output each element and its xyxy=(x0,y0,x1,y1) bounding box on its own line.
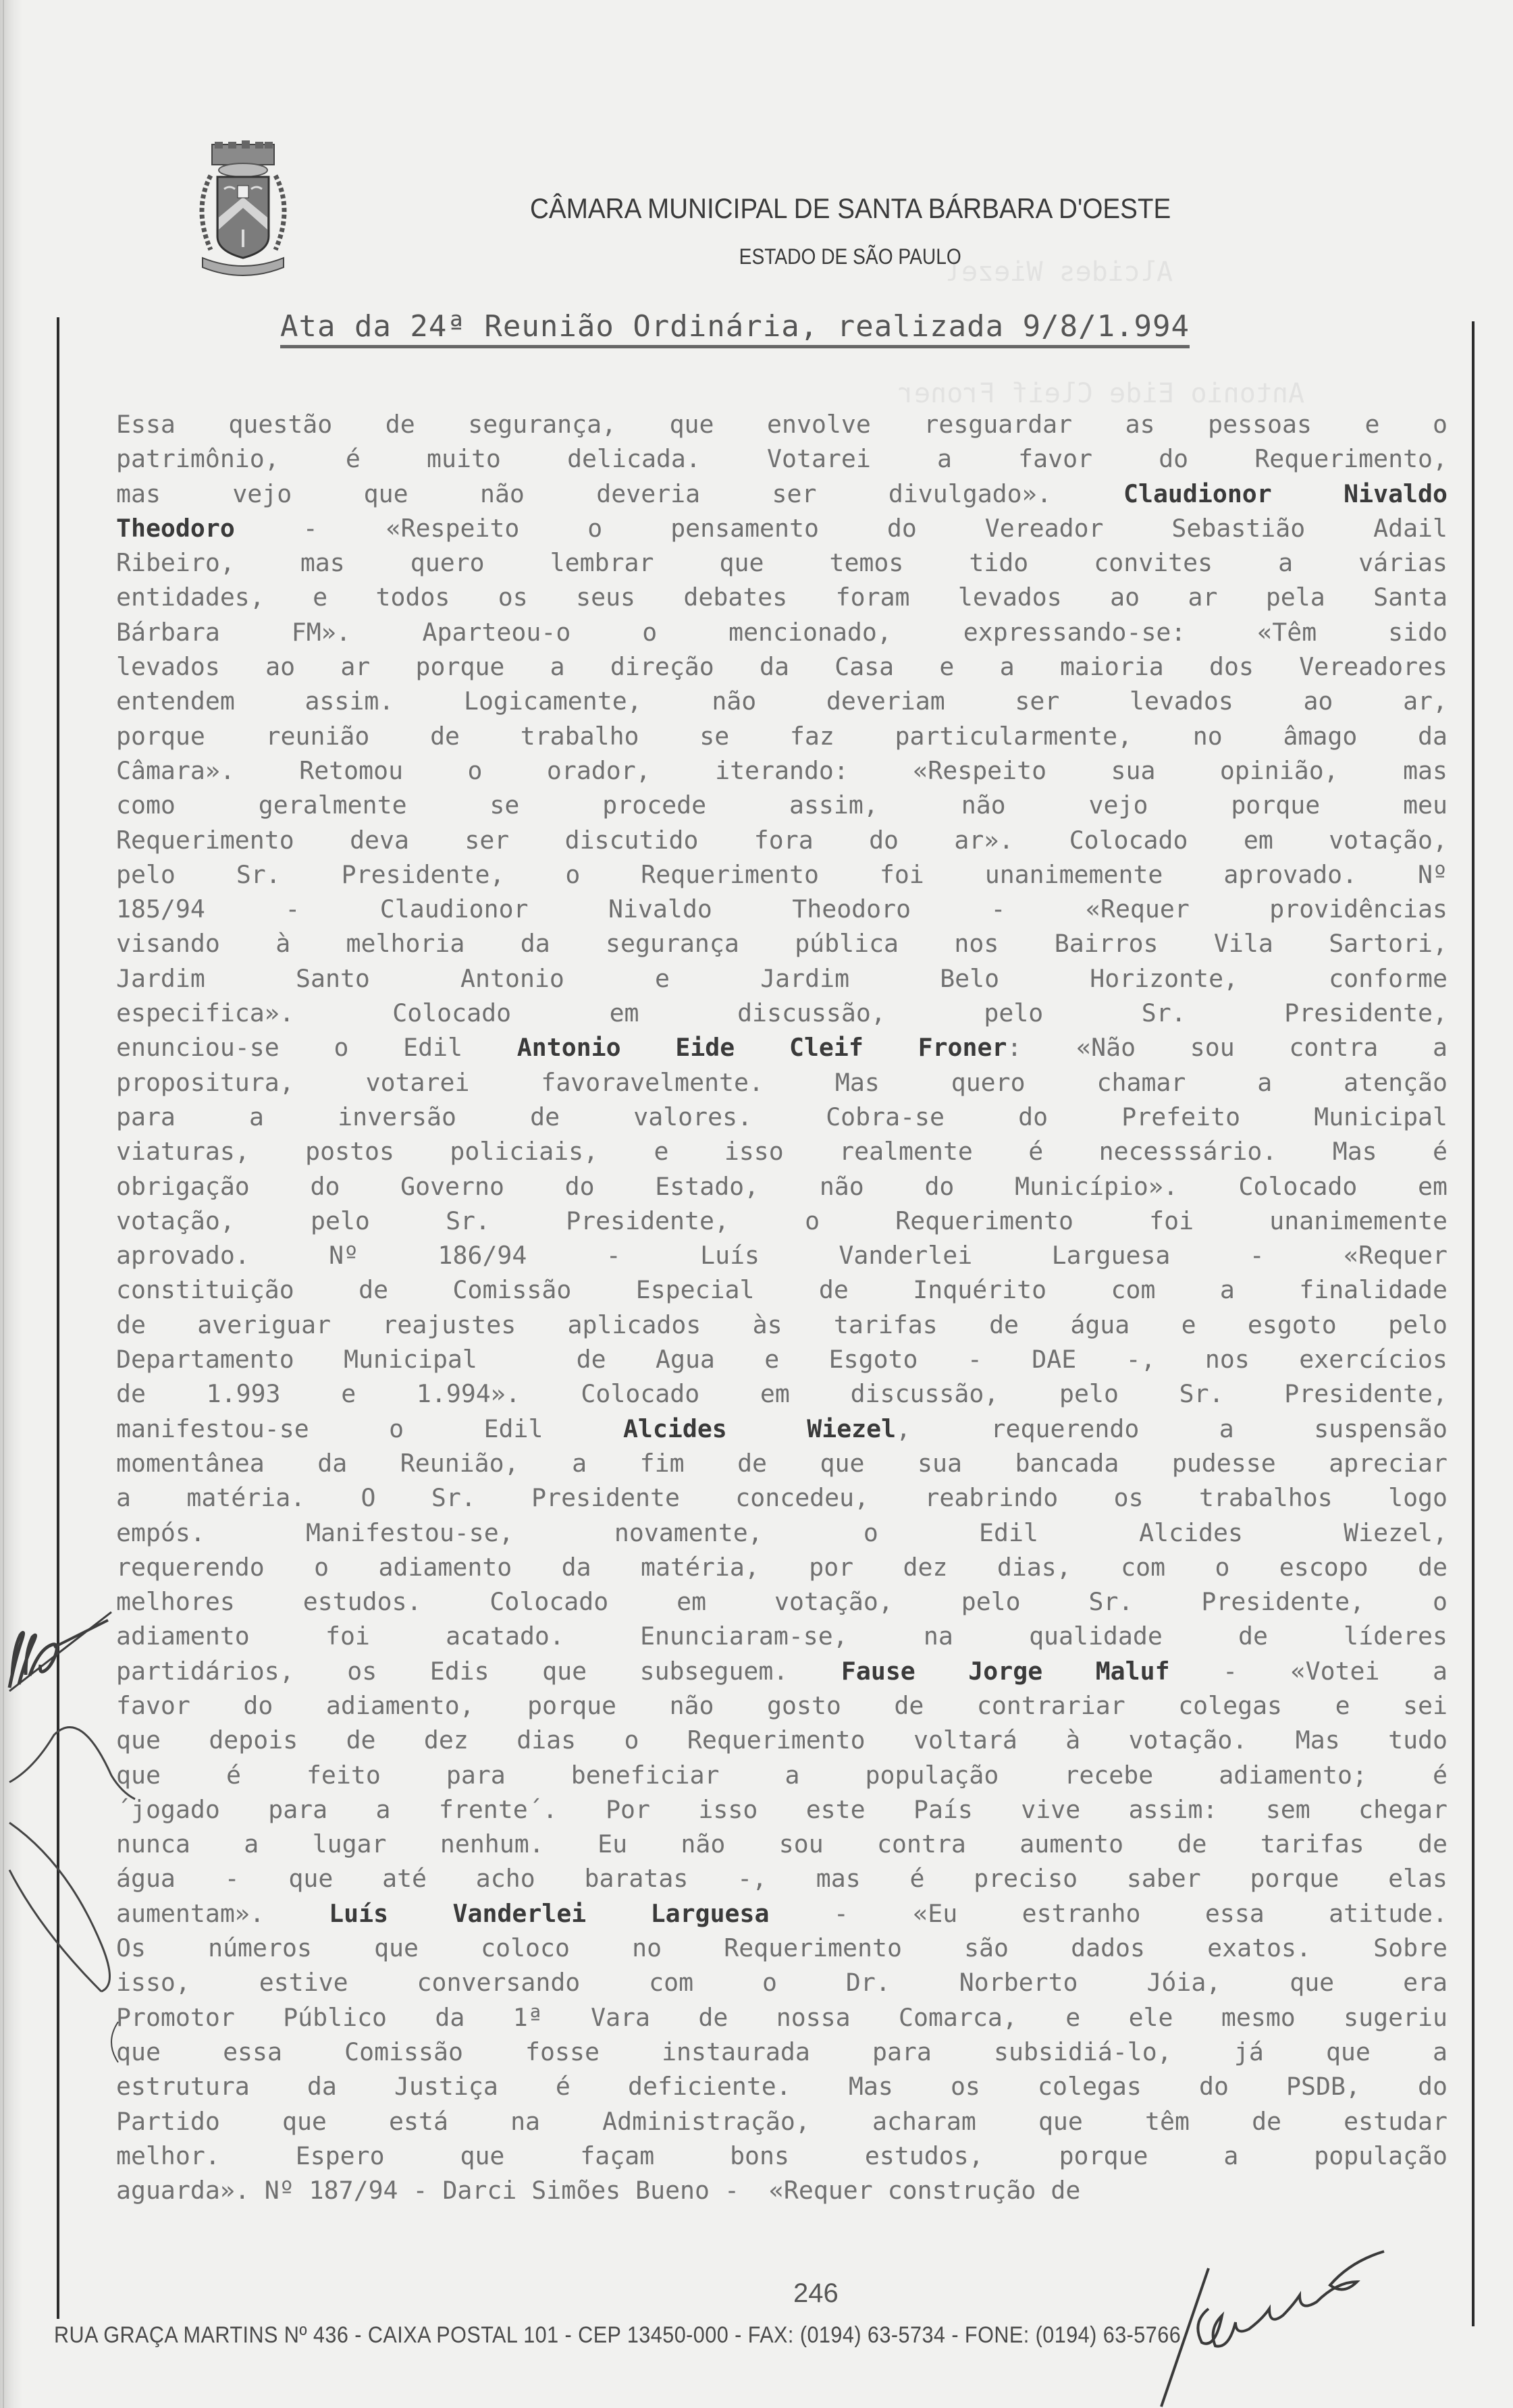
text-segment: propositura, votarei favoravelmente. Mas… xyxy=(116,1068,1448,1097)
text-segment: adiamento foi acatado. Enunciaram-se, na… xyxy=(116,1622,1448,1651)
text-segment: 185/94 - Claudionor Nivaldo Theodoro - «… xyxy=(116,894,1448,924)
page-number: 246 xyxy=(793,2278,839,2309)
text-segment: - «Eu estranho essa atitude. xyxy=(769,1899,1448,1928)
text-line: 185/94 - Claudionor Nivaldo Theodoro - «… xyxy=(116,892,1448,926)
text-line: Requerimento deva ser discutido fora do … xyxy=(116,823,1448,857)
text-line: Essa questão de segurança, que envolve r… xyxy=(116,407,1448,442)
frame-line-right xyxy=(1472,321,1475,2326)
text-line: patrimônio, é muito delicada. Votarei a … xyxy=(116,442,1448,476)
text-segment: aguarda». Nº 187/94 - Darci Simões Bueno… xyxy=(116,2176,1080,2205)
text-segment: isso, estive conversando com o Dr. Norbe… xyxy=(116,1968,1448,1997)
text-segment: estrutura da Justiça é deficiente. Mas o… xyxy=(116,2072,1448,2101)
text-segment: entendem assim. Logicamente, não deveria… xyxy=(116,687,1448,716)
text-segment: patrimônio, é muito delicada. Votarei a … xyxy=(116,444,1448,473)
organization-name: CÂMARA MUNICIPAL DE SANTA BÁRBARA D'OEST… xyxy=(68,192,1460,225)
text-segment: que depois de dez dias o Requerimento vo… xyxy=(116,1725,1448,1755)
text-line: Câmara». Retomou o orador, iterando: «Re… xyxy=(116,753,1448,788)
text-line: que é feito para beneficiar a população … xyxy=(116,1758,1448,1792)
text-segment: Promotor Público da 1ª Vara de nossa Com… xyxy=(116,2003,1448,2032)
text-segment: água - que até acho baratas -, mas é pre… xyxy=(116,1864,1448,1893)
text-line: pelo Sr. Presidente, o Requerimento foi … xyxy=(116,857,1448,892)
text-line: aguarda». Nº 187/94 - Darci Simões Bueno… xyxy=(116,2173,1448,2208)
speaker-name: Alcides Wiezel xyxy=(623,1414,896,1443)
text-segment: manifestou-se o Edil xyxy=(116,1414,623,1443)
text-line: isso, estive conversando com o Dr. Norbe… xyxy=(116,1965,1448,2000)
text-line: de averiguar reajustes aplicados às tari… xyxy=(116,1308,1448,1342)
text-line: obrigação do Governo do Estado, não do M… xyxy=(116,1169,1448,1204)
text-line: propositura, votarei favoravelmente. Mas… xyxy=(116,1065,1448,1100)
text-line: requerendo o adiamento da matéria, por d… xyxy=(116,1550,1448,1584)
text-line: Partido que está na Administração, achar… xyxy=(116,2104,1448,2139)
text-segment: Requerimento deva ser discutido fora do … xyxy=(116,826,1448,855)
text-segment: de 1.993 e 1.994». Colocado em discussão… xyxy=(116,1379,1448,1408)
text-line: adiamento foi acatado. Enunciaram-se, na… xyxy=(116,1619,1448,1653)
text-segment: Essa questão de segurança, que envolve r… xyxy=(116,410,1448,439)
text-segment: nunca a lugar nenhum. Eu não sou contra … xyxy=(116,1829,1448,1858)
text-segment: aprovado. Nº 186/94 - Luís Vanderlei Lar… xyxy=(116,1241,1448,1270)
text-segment: pelo Sr. Presidente, o Requerimento foi … xyxy=(116,860,1448,889)
text-line: aumentam». Luís Vanderlei Larguesa - «Eu… xyxy=(116,1896,1448,1931)
text-segment: ´jogado para a frente´. Por isso este Pa… xyxy=(116,1795,1448,1824)
text-line: levados ao ar porque a direção da Casa e… xyxy=(116,649,1448,684)
text-segment: Jardim Santo Antonio e Jardim Belo Horiz… xyxy=(116,964,1448,993)
page-edge xyxy=(3,0,4,2408)
text-segment: a matéria. O Sr. Presidente concedeu, re… xyxy=(116,1483,1448,1512)
text-line: estrutura da Justiça é deficiente. Mas o… xyxy=(116,2069,1448,2104)
text-segment: obrigação do Governo do Estado, não do M… xyxy=(116,1172,1448,1201)
text-segment: , requerendo a suspensão xyxy=(896,1414,1448,1443)
text-segment: para a inversão de valores. Cobra-se do … xyxy=(116,1102,1448,1131)
text-segment: Bárbara FM». Aparteou-o o mencionado, ex… xyxy=(116,618,1448,647)
text-segment: que é feito para beneficiar a população … xyxy=(116,1761,1448,1790)
text-line: enunciou-se o Edil Antonio Eide Cleif Fr… xyxy=(116,1030,1448,1065)
text-segment: viaturas, postos policiais, e isso realm… xyxy=(116,1137,1448,1166)
text-line: constituição de Comissão Especial de Inq… xyxy=(116,1273,1448,1307)
footer-address: RUA GRAÇA MARTINS Nº 436 - CAIXA POSTAL … xyxy=(54,2322,1181,2349)
text-segment: enunciou-se o Edil xyxy=(116,1033,517,1062)
text-segment: Departamento Municipal de Agua e Esgoto … xyxy=(116,1345,1448,1374)
text-segment: Câmara». Retomou o orador, iterando: «Re… xyxy=(116,756,1448,785)
text-line: água - que até acho baratas -, mas é pre… xyxy=(116,1861,1448,1896)
text-line: a matéria. O Sr. Presidente concedeu, re… xyxy=(116,1480,1448,1515)
text-line: de 1.993 e 1.994». Colocado em discussão… xyxy=(116,1376,1448,1411)
text-line: nunca a lugar nenhum. Eu não sou contra … xyxy=(116,1827,1448,1861)
text-segment: Os números que coloco no Requerimento sã… xyxy=(116,1933,1448,1962)
text-line: visando à melhoria da segurança pública … xyxy=(116,926,1448,961)
text-segment: empós. Manifestou-se, novamente, o Edil … xyxy=(116,1518,1448,1547)
text-line: manifestou-se o Edil Alcides Wiezel, req… xyxy=(116,1412,1448,1446)
text-line: Departamento Municipal de Agua e Esgoto … xyxy=(116,1342,1448,1376)
bleed-through-text: Antonio Eide Cleif Froner xyxy=(898,378,1304,409)
text-line: que depois de dez dias o Requerimento vo… xyxy=(116,1723,1448,1757)
text-line: partidários, os Edis que subseguem. Faus… xyxy=(116,1654,1448,1688)
text-line: aprovado. Nº 186/94 - Luís Vanderlei Lar… xyxy=(116,1238,1448,1273)
text-line: mas vejo que não deveria ser divulgado».… xyxy=(116,477,1448,511)
text-line: especifica». Colocado em discussão, pelo… xyxy=(116,996,1448,1030)
text-segment: aumentam». xyxy=(116,1899,329,1928)
speaker-name: Claudionor Nivaldo xyxy=(1123,479,1448,508)
text-line: ´jogado para a frente´. Por isso este Pa… xyxy=(116,1792,1448,1827)
text-line: Bárbara FM». Aparteou-o o mencionado, ex… xyxy=(116,615,1448,649)
text-line: que essa Comissão fosse instaurada para … xyxy=(116,2035,1448,2069)
text-line: entidades, e todos os seus debates foram… xyxy=(116,580,1448,614)
text-segment: : «Não sou contra a xyxy=(1007,1033,1448,1062)
text-segment: constituição de Comissão Especial de Inq… xyxy=(116,1275,1448,1304)
text-segment: como geralmente se procede assim, não ve… xyxy=(116,791,1448,820)
speaker-name: Luís Vanderlei Larguesa xyxy=(329,1899,769,1928)
text-line: Promotor Público da 1ª Vara de nossa Com… xyxy=(116,2000,1448,2035)
text-segment: partidários, os Edis que subseguem. xyxy=(116,1657,841,1686)
text-line: empós. Manifestou-se, novamente, o Edil … xyxy=(116,1516,1448,1550)
text-segment: levados ao ar porque a direção da Casa e… xyxy=(116,652,1448,681)
document-title: Ata da 24ª Reunião Ordinária, realizada … xyxy=(280,309,1190,348)
text-segment: mas vejo que não deveria ser divulgado». xyxy=(116,479,1123,508)
text-segment: especifica». Colocado em discussão, pelo… xyxy=(116,998,1448,1027)
text-line: melhor. Espero que façam bons estudos, p… xyxy=(116,2139,1448,2173)
speaker-name: Fause Jorge Maluf xyxy=(841,1657,1170,1686)
text-segment: - «Respeito o pensamento do Vereador Seb… xyxy=(235,514,1448,543)
text-line: Os números que coloco no Requerimento sã… xyxy=(116,1931,1448,1965)
text-segment: votação, pelo Sr. Presidente, o Requerim… xyxy=(116,1206,1448,1235)
text-segment: momentânea da Reunião, a fim de que sua … xyxy=(116,1449,1448,1478)
text-segment: - «Votei a xyxy=(1170,1657,1448,1686)
text-line: favor do adiamento, porque não gosto de … xyxy=(116,1688,1448,1723)
text-segment: requerendo o adiamento da matéria, por d… xyxy=(116,1553,1448,1582)
text-segment: de averiguar reajustes aplicados às tari… xyxy=(116,1310,1448,1339)
text-line: para a inversão de valores. Cobra-se do … xyxy=(116,1100,1448,1134)
text-line: Jardim Santo Antonio e Jardim Belo Horiz… xyxy=(116,961,1448,996)
margin-initials-icon xyxy=(9,1612,111,1691)
text-line: melhores estudos. Colocado em votação, p… xyxy=(116,1584,1448,1619)
text-line: Theodoro - «Respeito o pensamento do Ver… xyxy=(116,511,1448,545)
frame-line-left xyxy=(57,317,59,2319)
state-name: ESTADO DE SÃO PAULO xyxy=(101,244,1433,269)
text-line: viaturas, postos policiais, e isso realm… xyxy=(116,1134,1448,1169)
text-segment: porque reunião de trabalho se faz partic… xyxy=(116,722,1448,751)
text-segment: entidades, e todos os seus debates foram… xyxy=(116,583,1448,612)
speaker-name: Theodoro xyxy=(116,514,235,543)
text-line: entendem assim. Logicamente, não deveria… xyxy=(116,684,1448,718)
text-line: porque reunião de trabalho se faz partic… xyxy=(116,719,1448,753)
text-line: Ribeiro, mas quero lembrar que temos tid… xyxy=(116,545,1448,580)
text-segment: Ribeiro, mas quero lembrar que temos tid… xyxy=(116,548,1448,577)
text-segment: melhores estudos. Colocado em votação, p… xyxy=(116,1587,1448,1616)
text-line: votação, pelo Sr. Presidente, o Requerim… xyxy=(116,1204,1448,1238)
text-segment: favor do adiamento, porque não gosto de … xyxy=(116,1691,1448,1720)
text-line: momentânea da Reunião, a fim de que sua … xyxy=(116,1446,1448,1480)
minutes-body: Essa questão de segurança, que envolve r… xyxy=(116,407,1448,2208)
text-segment: visando à melhoria da segurança pública … xyxy=(116,929,1448,958)
text-line: como geralmente se procede assim, não ve… xyxy=(116,788,1448,822)
text-segment: Partido que está na Administração, achar… xyxy=(116,2107,1448,2136)
signature-icon xyxy=(1161,2251,1384,2407)
text-segment: que essa Comissão fosse instaurada para … xyxy=(116,2037,1448,2066)
speaker-name: Antonio Eide Cleif Froner xyxy=(517,1033,1007,1062)
text-segment: melhor. Espero que façam bons estudos, p… xyxy=(116,2141,1448,2170)
